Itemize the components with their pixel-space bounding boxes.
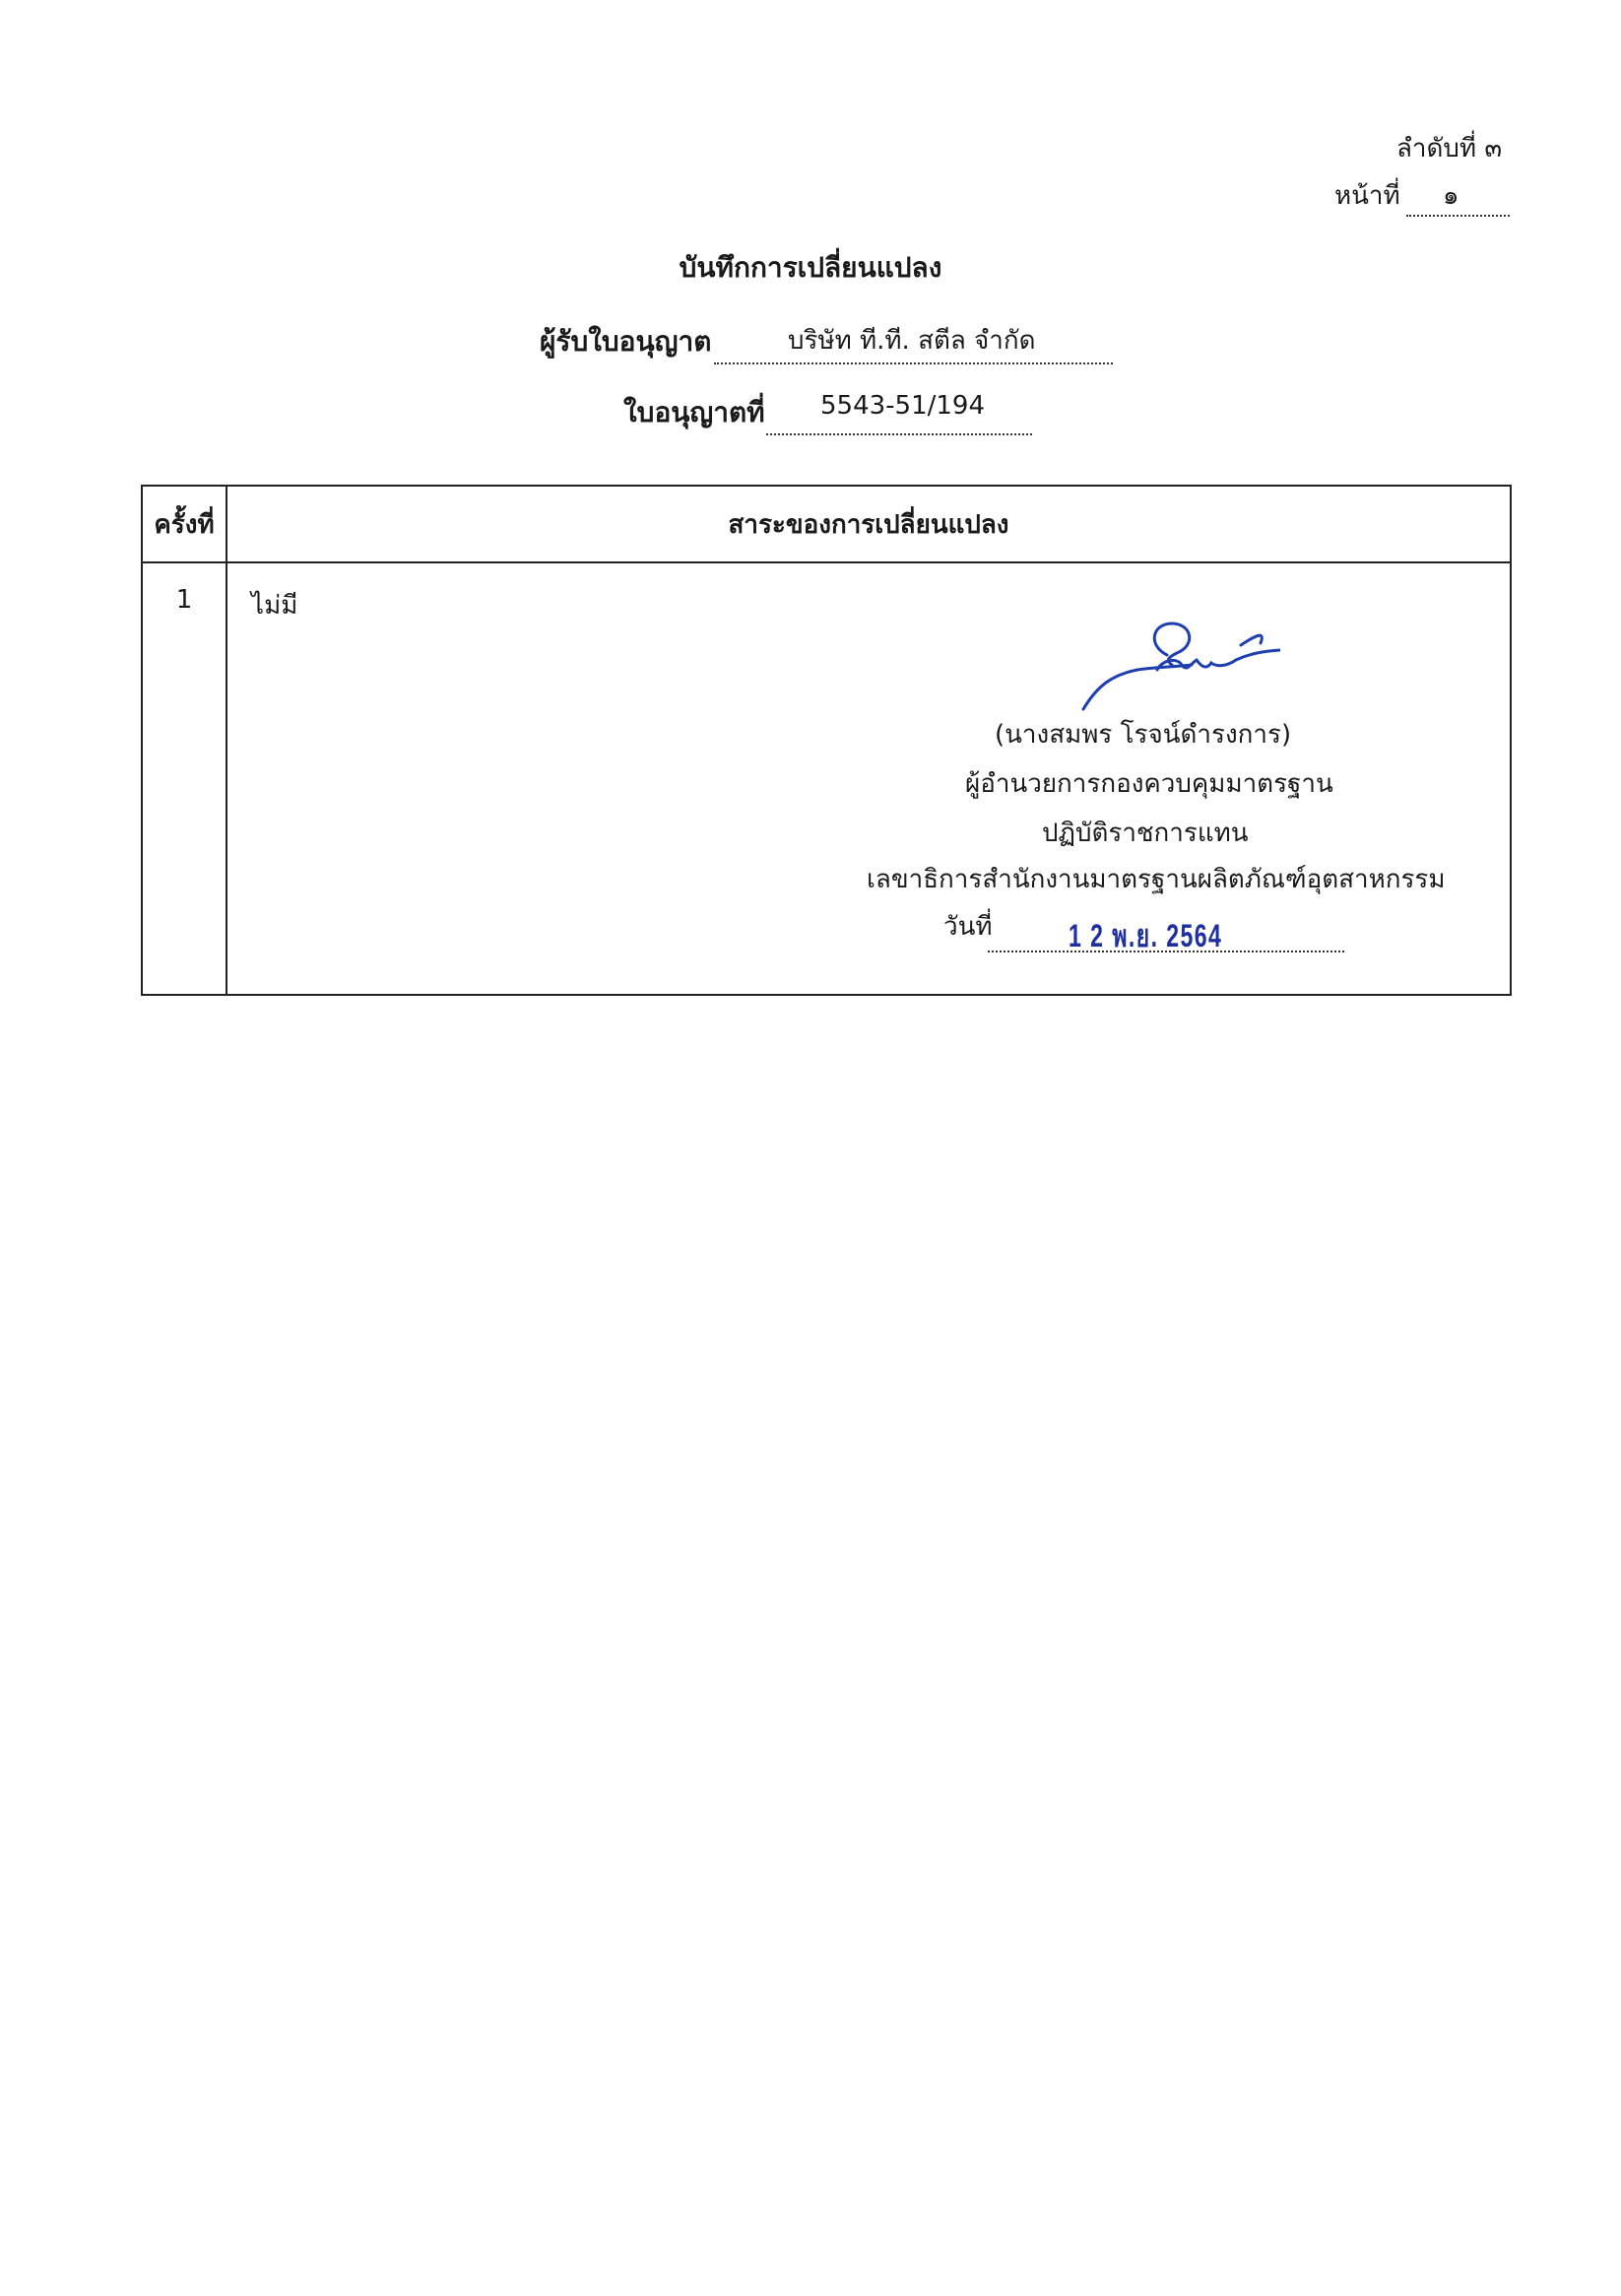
signature-icon — [1078, 616, 1280, 714]
document-title: บันทึกการเปลี่ยนแปลง — [0, 246, 1621, 290]
licensee-dotted-line — [714, 362, 1113, 364]
date-label: วันที่ — [943, 906, 993, 947]
page-number: ๑ — [1443, 175, 1459, 216]
date-stamp: 1 2 พ.ย. 2564 — [1069, 911, 1222, 961]
signer-organization: เลขาธิการสำนักงานมาตรฐานผลิตภัณฑ์อุตสาหก… — [867, 859, 1446, 899]
signer-acting-on-behalf: ปฏิบัติราชการแทน — [1042, 813, 1249, 853]
table-row-times: 1 — [143, 585, 226, 615]
page-label: หน้าที่ — [1334, 175, 1400, 216]
order-number: ลำดับที่ ๓ — [1396, 128, 1502, 168]
licensee-value: บริษัท ที.ที. สตีล จำกัด — [788, 320, 1036, 361]
signer-name: (นางสมพร โรจน์ดำรงการ) — [995, 714, 1291, 754]
change-record-table: ครั้งที่ สาระของการเปลี่ยนแปลง 1 ไม่มี — [141, 485, 1512, 996]
table-row-content: ไม่มี — [251, 585, 297, 625]
page-number-dotted-line — [1406, 215, 1510, 217]
header-times: ครั้งที่ — [143, 504, 226, 545]
license-number-dotted-line — [766, 433, 1032, 435]
license-number-value: 5543-51/194 — [820, 391, 985, 421]
header-change-content: สาระของการเปลี่ยนแปลง — [227, 504, 1510, 545]
row-divider — [143, 561, 1510, 563]
licensee-label: ผู้รับใบอนุญาต — [540, 320, 711, 363]
signer-position: ผู้อำนวยการกองควบคุมมาตรฐาน — [965, 763, 1333, 804]
date-dotted-line — [988, 951, 1344, 952]
license-number-label: ใบอนุญาตที่ — [623, 391, 765, 434]
